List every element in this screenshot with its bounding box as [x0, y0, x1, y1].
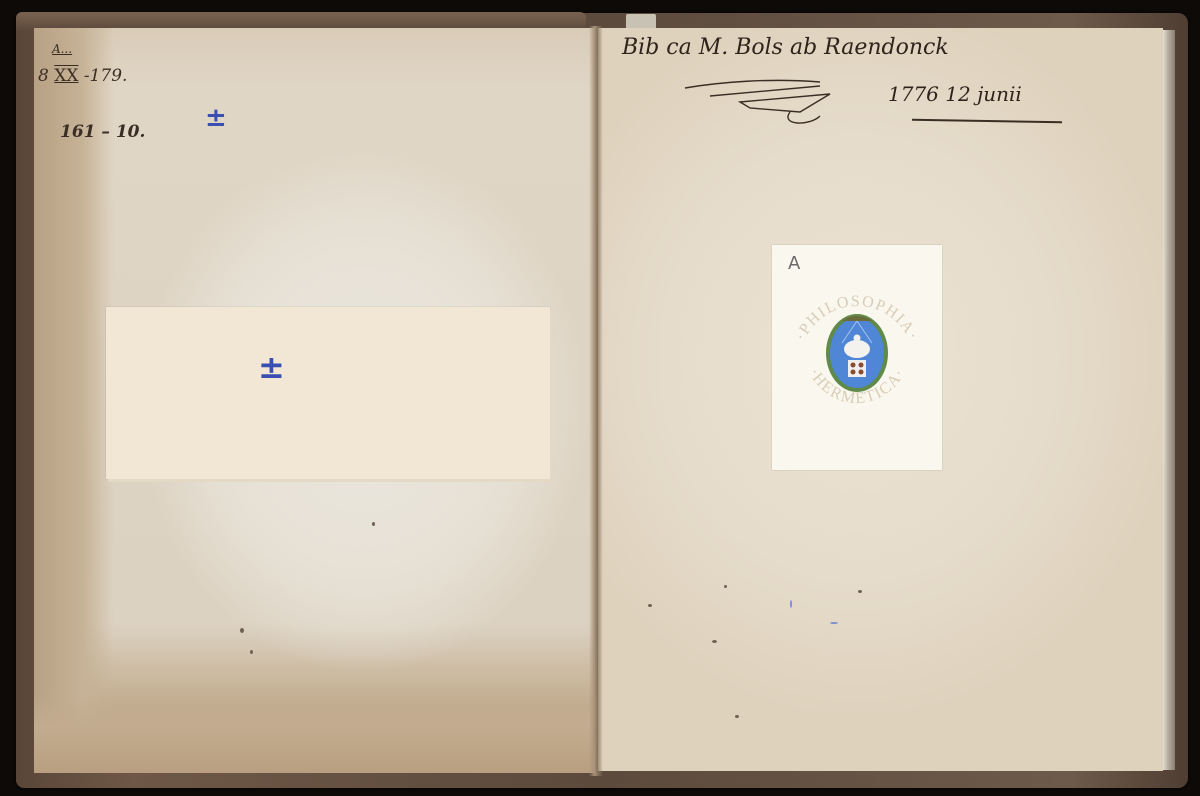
- blue-ink-speck: [790, 600, 792, 608]
- foxing-speck: [858, 590, 862, 593]
- water-stain-bottom: [34, 693, 596, 773]
- pasted-paper-slip: [106, 307, 550, 479]
- shelfmark-top: A...: [52, 42, 72, 56]
- shelfmark-number: -179.: [84, 66, 128, 86]
- signature-flourish-icon: [680, 68, 850, 128]
- book-gutter: [589, 26, 603, 776]
- ownership-inscription: Bib ca M. Bols ab Raendonck: [622, 35, 949, 60]
- inscription-date: 1776 12 junii: [888, 82, 1022, 106]
- blue-ink-speck: [830, 622, 838, 624]
- foxing-speck: [240, 628, 244, 633]
- foxing-speck: [712, 640, 717, 643]
- blue-pencil-mark: ±: [205, 103, 227, 133]
- foxing-speck: [735, 715, 739, 718]
- bookplate: A ·PHILOSOPHIA· ·HERMETICA·: [772, 245, 942, 470]
- page-block-edge: [1163, 30, 1175, 770]
- shelfmark-roman: XX: [54, 66, 78, 86]
- shelfmark-prefix: 8: [38, 66, 49, 86]
- bookplate-emblem-icon: ·PHILOSOPHIA· ·HERMETICA·: [772, 245, 942, 470]
- foxing-speck: [372, 522, 375, 526]
- shelf-number-secondary: 161 – 10.: [60, 122, 145, 142]
- foxing-speck: [250, 650, 253, 654]
- bookmark-tab: [626, 14, 656, 28]
- foxing-speck: [648, 604, 652, 607]
- slip-blue-mark: ±: [258, 348, 285, 386]
- shelfmark-main: 8 XX -179.: [38, 66, 127, 86]
- foxing-speck: [724, 585, 727, 588]
